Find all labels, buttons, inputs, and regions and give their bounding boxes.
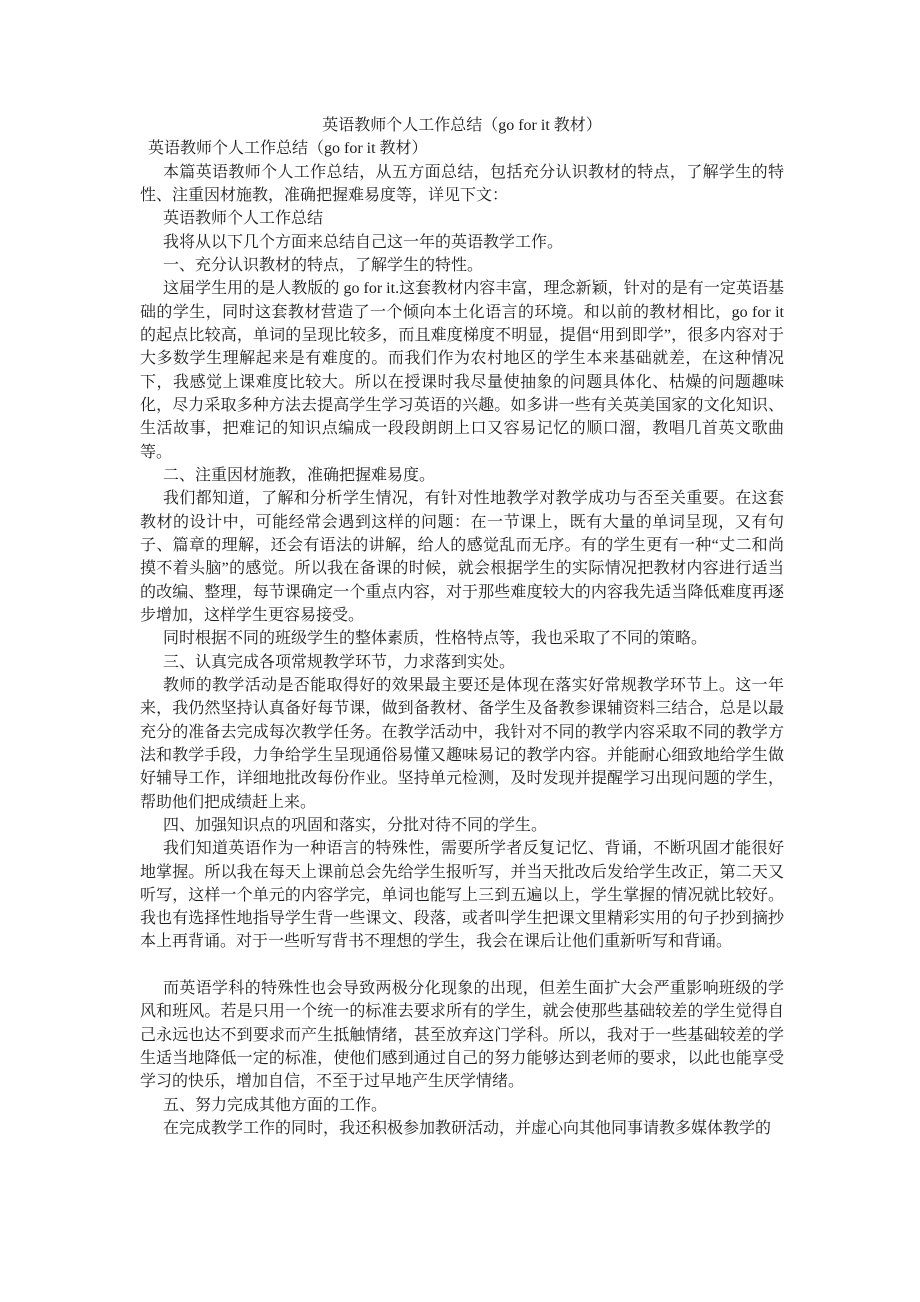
blank-line [140, 954, 784, 977]
section-1-heading: 一、充分认识教材的特点，了解学生的特性。 [140, 254, 784, 277]
overview-line: 我将从以下几个方面来总结自己这一年的英语教学工作。 [140, 231, 784, 254]
section-1-paragraph: 这届学生用的是人教版的 go for it.这套教材内容丰富，理念新颖，针对的是… [140, 277, 784, 464]
section-3-heading: 三、认真完成各项常规教学环节，力求落到实处。 [140, 651, 784, 674]
summary-heading-line: 英语教师个人工作总结 [140, 207, 784, 230]
document-title: 英语教师个人工作总结（go for it 教材） [140, 114, 784, 137]
document-page: 英语教师个人工作总结（go for it 教材） 英语教师个人工作总结（go f… [0, 0, 920, 1302]
section-2-heading: 二、注重因材施教，准确把握难易度。 [140, 464, 784, 487]
section-5-heading: 五、努力完成其他方面的工作。 [140, 1094, 784, 1117]
title-repeat-line: 英语教师个人工作总结（go for it 教材） [140, 137, 784, 160]
section-4-heading: 四、加强知识点的巩固和落实，分批对待不同的学生。 [140, 814, 784, 837]
section-3-paragraph: 教师的教学活动是否能取得好的效果最主要还是体现在落实好常规教学环节上。这一年来，… [140, 674, 784, 814]
section-2-paragraph: 我们都知道，了解和分析学生情况，有针对性地教学对教学成功与否至关重要。在这套教材… [140, 487, 784, 627]
section-5-paragraph: 在完成教学工作的同时，我还积极参加教研活动，并虚心向其他同事请教多媒体教学的 [140, 1117, 784, 1140]
intro-paragraph: 本篇英语教师个人工作总结，从五方面总结，包括充分认识教材的特点，了解学生的特性、… [140, 161, 784, 208]
section-2-note-paragraph: 同时根据不同的班级学生的整体素质，性格特点等，我也采取了不同的策略。 [140, 627, 784, 650]
document-body: 英语教师个人工作总结（go for it 教材） 英语教师个人工作总结（go f… [140, 114, 784, 1140]
section-4-extra-paragraph: 而英语学科的特殊性也会导致两极分化现象的出现，但差生面扩大会严重影响班级的学风和… [140, 977, 784, 1094]
section-4-paragraph: 我们知道英语作为一种语言的特殊性，需要所学者反复记忆、背诵，不断巩固才能很好地掌… [140, 837, 784, 954]
